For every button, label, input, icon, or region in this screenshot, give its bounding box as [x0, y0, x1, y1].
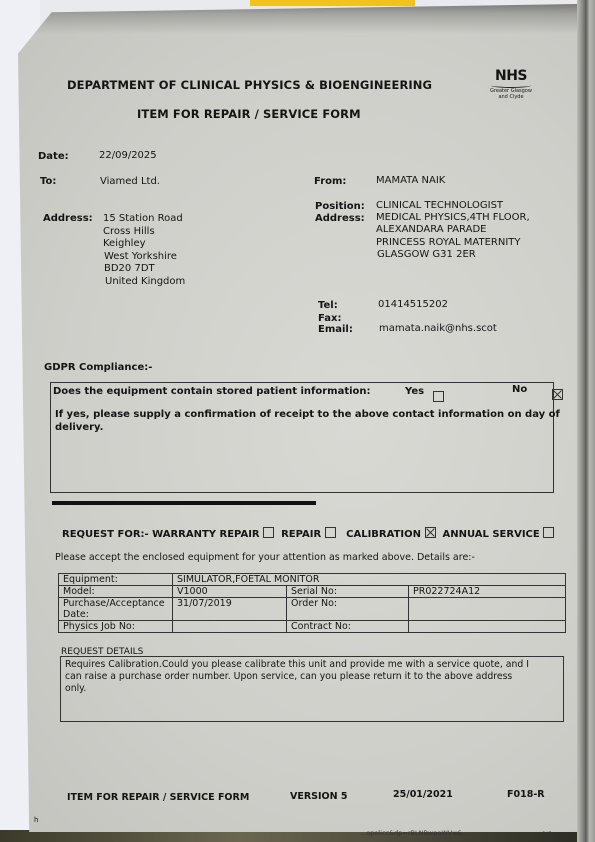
gdpr-yes-label: Yes	[405, 386, 424, 397]
request-details-line: only.	[65, 683, 559, 695]
gdpr-question: Does the equipment contain stored patien…	[53, 386, 371, 397]
option-repair-checkbox[interactable]	[325, 527, 336, 538]
option-annual-service-label: ANNUAL SERVICE	[442, 529, 539, 540]
job-value	[173, 621, 287, 633]
purchase-date-value: 31/07/2019	[173, 598, 287, 621]
request-details-line: Requires Calibration.Could you please ca…	[65, 659, 559, 671]
to-address-line: BD20 7DT	[104, 263, 155, 274]
print-page-number: 1/1	[542, 830, 552, 838]
request-details-line: can raise a purchase order number. Upon …	[65, 671, 559, 683]
gdpr-no-label: No	[512, 384, 527, 395]
from-label: From:	[314, 176, 346, 187]
order-value	[409, 598, 566, 621]
table-row: Purchase/AcceptanceDate: 31/07/2019 Orde…	[59, 598, 566, 621]
serial-label: Serial No:	[287, 586, 409, 598]
option-repair-label: REPAIR	[281, 529, 321, 540]
option-warranty-repair-label: WARRANTY REPAIR	[152, 529, 259, 540]
table-row: Physics Job No: Contract No:	[59, 621, 566, 633]
footer-form-name: ITEM FOR REPAIR / SERVICE FORM	[67, 792, 249, 803]
contract-label: Contract No:	[287, 621, 409, 633]
equipment-value: SIMULATOR,FOETAL MONITOR	[173, 574, 566, 586]
nhs-logo-mark: NHS	[481, 69, 541, 83]
section-divider	[52, 501, 316, 505]
position-label: Position:	[315, 201, 365, 212]
from-address-line: ALEXANDARA PARADE	[376, 224, 486, 235]
table-row: Equipment: SIMULATOR,FOETAL MONITOR	[59, 574, 566, 586]
equipment-label: Equipment:	[59, 574, 173, 586]
job-label: Physics Job No:	[59, 621, 173, 633]
from-address-label: Address:	[315, 213, 365, 224]
nhs-logo-line2: and Clyde	[481, 94, 541, 100]
to-address-line: United Kingdom	[105, 276, 185, 287]
from-value: MAMATA NAIK	[376, 175, 445, 186]
gdpr-yes-checkbox[interactable]	[433, 391, 444, 402]
from-address-line: PRINCESS ROYAL MATERNITY	[376, 237, 521, 248]
gdpr-note: If yes, please supply a confirmation of …	[55, 409, 560, 420]
to-address-line: West Yorkshire	[104, 251, 177, 262]
contract-value	[409, 621, 566, 633]
footer-version: VERSION 5	[290, 791, 347, 802]
option-calibration-label: CALIBRATION	[346, 529, 421, 540]
fax-label: Fax:	[318, 313, 341, 324]
footer-code: F018-R	[507, 789, 545, 800]
serial-value: PR022724A12	[409, 586, 566, 598]
to-address-line: Keighley	[103, 238, 146, 249]
department-title: DEPARTMENT OF CLINICAL PHYSICS & BIOENGI…	[67, 78, 432, 92]
order-label: Order No:	[287, 598, 409, 621]
table-row: Model: V1000 Serial No: PR022724A12	[59, 586, 566, 598]
position-value: CLINICAL TECHNOLOGIST	[376, 200, 503, 211]
email-value: mamata.naik@nhs.scot	[379, 323, 497, 334]
to-address-label: Address:	[43, 213, 93, 224]
request-details-box: Requires Calibration.Could you please ca…	[60, 656, 564, 722]
request-instruction: Please accept the enclosed equipment for…	[55, 552, 475, 563]
print-url-fragment: ...opelicc&dp=rBLNBwpoWVw&...	[360, 829, 469, 837]
nhs-logo: NHS Greater Glasgow and Clyde	[481, 69, 541, 100]
tel-value: 01414515202	[378, 299, 448, 310]
to-label: To:	[40, 176, 56, 187]
margin-character: h	[34, 816, 38, 824]
to-address-line: 15 Station Road	[103, 213, 183, 224]
option-warranty-repair-checkbox[interactable]	[263, 527, 274, 538]
gdpr-note-line2: delivery.	[55, 422, 103, 433]
background-yellow-object	[250, 0, 415, 6]
form-title: ITEM FOR REPAIR / SERVICE FORM	[137, 107, 361, 121]
equipment-table: Equipment: SIMULATOR,FOETAL MONITOR Mode…	[58, 573, 566, 633]
to-value: Viamed Ltd.	[100, 176, 160, 187]
model-value: V1000	[173, 586, 287, 598]
request-for-label: REQUEST FOR:-	[62, 529, 149, 540]
from-address-line: GLASGOW G31 2ER	[377, 249, 476, 260]
gdpr-box	[50, 382, 554, 493]
gdpr-title: GDPR Compliance:-	[44, 362, 152, 373]
date-label: Date:	[38, 151, 69, 162]
option-annual-service-checkbox[interactable]	[543, 527, 554, 538]
tel-label: Tel:	[318, 300, 338, 311]
to-address-line: Cross Hills	[103, 226, 155, 237]
model-label: Model:	[59, 586, 173, 598]
paper-stack-edge	[577, 0, 595, 842]
email-label: Email:	[318, 324, 353, 335]
purchase-label: Purchase/AcceptanceDate:	[59, 598, 173, 621]
footer-date: 25/01/2021	[393, 789, 453, 800]
date-value: 22/09/2025	[99, 150, 157, 161]
option-calibration-checkbox[interactable]	[425, 527, 436, 538]
from-address-line: MEDICAL PHYSICS,4TH FLOOR,	[376, 212, 530, 223]
request-for-row: REQUEST FOR:- WARRANTY REPAIR REPAIR CAL…	[62, 527, 554, 540]
gdpr-no-checkbox[interactable]	[552, 389, 563, 400]
